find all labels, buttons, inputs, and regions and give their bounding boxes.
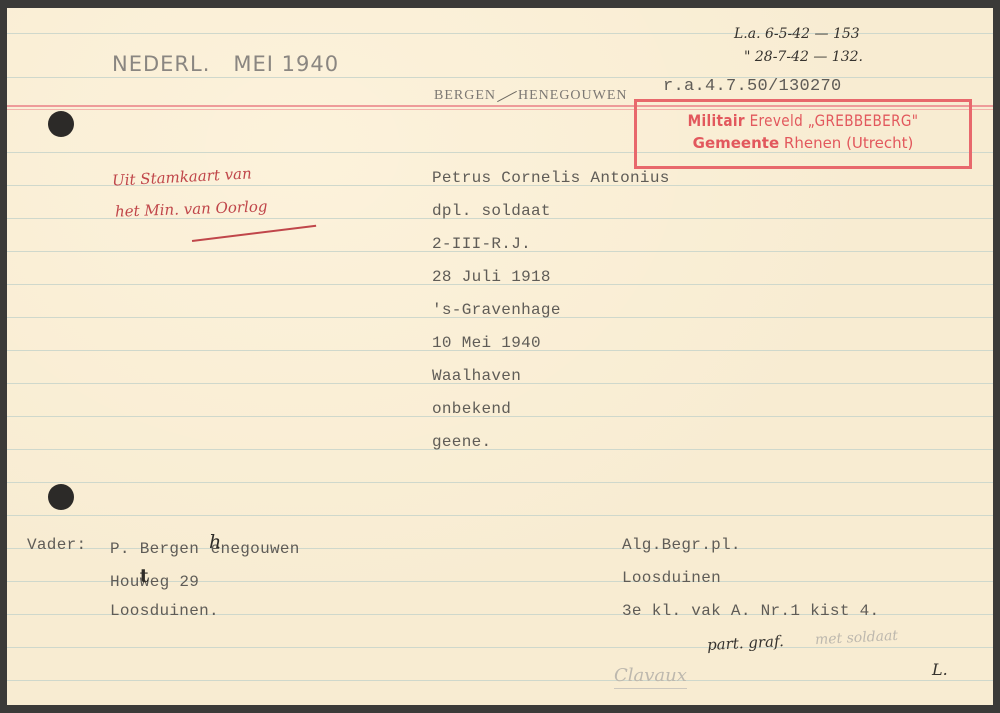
burial-place: Loosduinen <box>622 569 721 587</box>
ruled-line <box>7 515 993 516</box>
slash-mark <box>497 91 517 102</box>
punch-hole <box>48 111 74 137</box>
father-name: P. Bergen henegouwen <box>110 536 300 558</box>
handwritten-register-line-1: L.a. 6-5-42 — 153 <box>734 26 860 42</box>
handwritten-correction-h: h <box>209 531 222 553</box>
handwritten-register-line-2: " 28-7-42 — 132. <box>744 49 863 65</box>
unit: 2-III-R.J. <box>432 235 531 253</box>
reference-number: r.a.4.7.50/130270 <box>663 77 842 96</box>
header-stamp: NEDERL. MEI 1940 <box>112 52 339 76</box>
grave-location: 3e kl. vak A. Nr.1 kist 4. <box>622 602 879 620</box>
birth-date: 28 Juli 1918 <box>432 268 551 286</box>
header-month-year: MEI 1940 <box>233 52 339 76</box>
pencil-name-note: Clavaux <box>614 665 687 689</box>
ruled-line <box>7 647 993 648</box>
decorations: geene. <box>432 433 491 451</box>
father-name-suffix: enegouwen <box>211 540 300 558</box>
surname-line: BERGENHENEGOUWEN <box>434 88 628 104</box>
father-city: Loosduinen. <box>110 602 219 620</box>
birth-place: 's-Gravenhage <box>432 301 561 319</box>
stamp-rhenen: Rhenen (Utrecht) <box>784 134 913 152</box>
father-name-prefix: P. Bergen <box>110 540 199 558</box>
father-label: Vader: <box>27 536 86 554</box>
stamp-line-2: Gemeente Rhenen (Utrecht) <box>637 134 969 152</box>
archive-index-card: NEDERL. MEI 1940 BERGENHENEGOUWEN r.a.4.… <box>7 8 993 705</box>
death-date: 10 Mei 1940 <box>432 334 541 352</box>
header-country: NEDERL. <box>112 52 210 76</box>
faint-pencil-note: met soldaat <box>815 628 899 648</box>
ruled-line <box>7 482 993 483</box>
surname-second: HENEGOUWEN <box>518 88 628 103</box>
death-place: Waalhaven <box>432 367 521 385</box>
cause-of-death: onbekend <box>432 400 511 418</box>
handwritten-grave-note: part. graf. <box>707 632 785 654</box>
punch-hole <box>48 484 74 510</box>
given-names: Petrus Cornelis Antonius <box>432 169 670 187</box>
handwritten-initial: L. <box>932 660 948 679</box>
burial-cemetery: Alg.Begr.pl. <box>622 536 741 554</box>
stamp-ereveld: Ereveld „GREBBEBERG" <box>750 111 919 130</box>
stamp-gemeente: Gemeente <box>693 134 779 152</box>
ruled-line <box>7 680 993 681</box>
father-street: Houtweg 29 <box>110 569 199 591</box>
cemetery-stamp: Militair Ereveld „GREBBEBERG" Gemeente R… <box>634 99 972 169</box>
handwritten-correction-t: t <box>140 565 149 587</box>
surname-first: BERGEN <box>434 88 496 103</box>
stamp-line-1: Militair Ereveld „GREBBEBERG" <box>662 111 944 130</box>
ruled-line <box>7 77 993 78</box>
red-underline <box>192 225 316 242</box>
stamp-militair: Militair <box>688 111 745 130</box>
rank: dpl. soldaat <box>432 202 551 220</box>
ruled-line <box>7 449 993 450</box>
street-start: Hou <box>110 573 140 591</box>
